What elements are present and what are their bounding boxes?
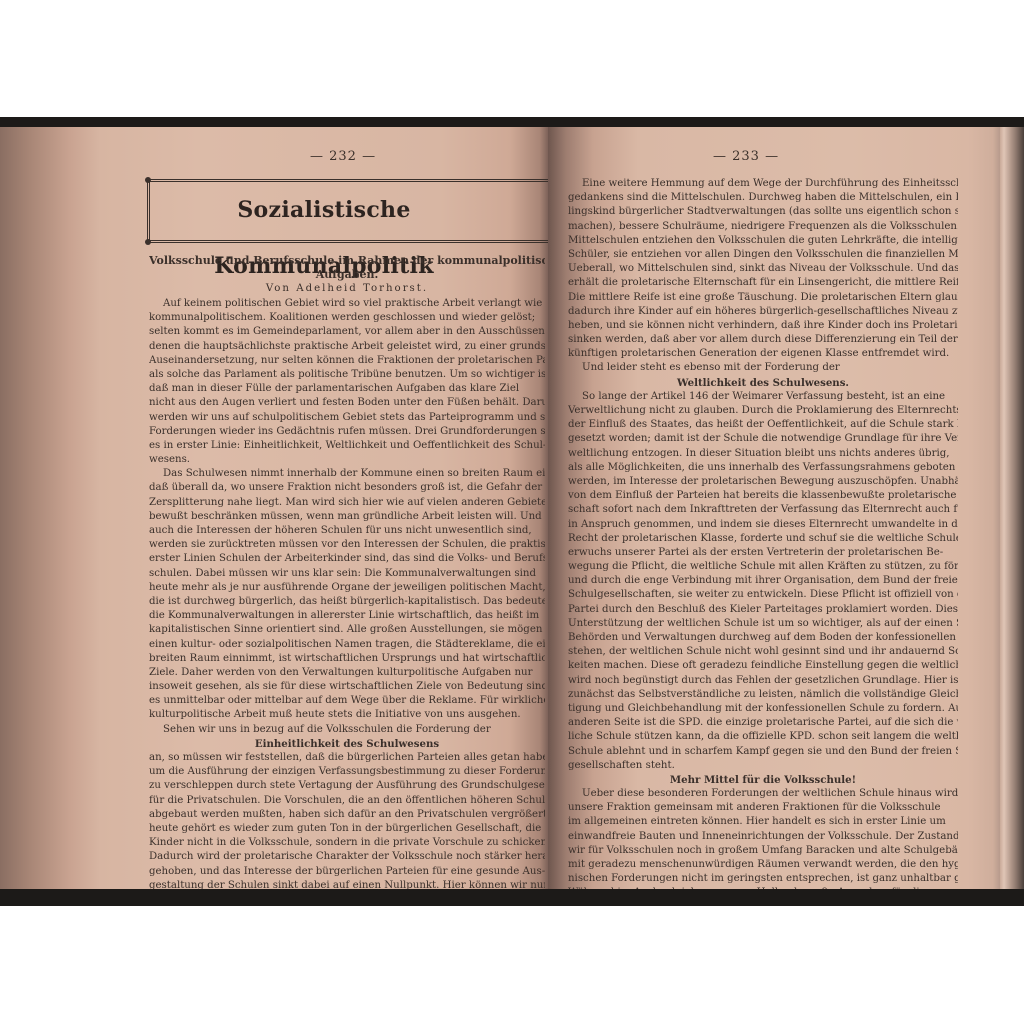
text-line: Verweltlichung nicht zu glauben. Durch d… xyxy=(568,404,958,418)
body-text: Eine weitere Hemmung auf dem Wege der Du… xyxy=(568,177,958,889)
text-line: mit geradezu menschenunwürdigen Räumen v… xyxy=(568,858,958,872)
text-line: es unmittelbar oder mittelbar auf dem We… xyxy=(149,694,545,708)
text-line: heute mehr als je nur ausführende Organe… xyxy=(149,581,545,595)
text-line: stehen, der weltlichen Schule nicht wohl… xyxy=(568,645,958,659)
text-line: wegung die Pflicht, die weltliche Schule… xyxy=(568,560,958,574)
article-title: Volksschule und Berufsschule im Rahmen d… xyxy=(149,254,545,297)
text-line: kulturpolitische Arbeit muß heute stets … xyxy=(149,708,545,722)
body-text: Auf keinem politischen Gebiet wird so vi… xyxy=(149,297,545,889)
text-line: kommunalpolitischem. Koalitionen werden … xyxy=(149,311,545,325)
text-line: So lange der Artikel 146 der Weimarer Ve… xyxy=(568,390,958,404)
text-line: gehoben, und das Interesse der bürgerlic… xyxy=(149,865,545,879)
text-line: auch die Interessen der höheren Schulen … xyxy=(149,524,545,538)
page-number-right: — 233 — xyxy=(713,149,779,164)
text-line: gestaltung der Schulen sinkt dabei auf e… xyxy=(149,879,545,889)
text-line: und durch die enge Verbindung mit ihrer … xyxy=(568,574,958,588)
text-line: um die Ausführung der einzigen Verfassun… xyxy=(149,765,545,779)
text-line: Kinder nicht in die Volksschule, sondern… xyxy=(149,836,545,850)
text-line: werden wir uns auf schulpolitischem Gebi… xyxy=(149,411,545,425)
text-line: selten kommt es im Gemeindeparlament, vo… xyxy=(149,325,545,339)
ornament-dot xyxy=(145,177,151,183)
author-byline: Von Adelheid Torhorst. xyxy=(149,282,545,296)
text-line: gesetzt worden; damit ist der Schule die… xyxy=(568,432,958,446)
article-title-line: Volksschule und Berufsschule im Rahmen d… xyxy=(149,254,545,268)
subheading: Einheitlichkeit des Schulwesens xyxy=(149,737,545,751)
text-line: es in erster Linie: Einheitlichkeit, Wel… xyxy=(149,439,545,453)
section-title-box: Sozialistische Kommunalpolitik xyxy=(147,179,548,243)
text-line: Unterstützung der weltlichen Schule ist … xyxy=(568,617,958,631)
text-line: insoweit gesehen, als sie für diese wirt… xyxy=(149,680,545,694)
text-line: nischen Forderungen nicht im geringsten … xyxy=(568,872,958,886)
text-line: gesellschaften steht. xyxy=(568,759,958,773)
text-line: nicht aus den Augen verliert und festen … xyxy=(149,396,545,410)
text-line: Schüler, sie entziehen vor allen Dingen … xyxy=(568,248,958,262)
text-line: als alle Möglichkeiten, die uns innerhal… xyxy=(568,461,958,475)
text-line: in Anspruch genommen, und indem sie dies… xyxy=(568,518,958,532)
text-line: Auf keinem politischen Gebiet wird so vi… xyxy=(149,297,545,311)
text-line: machen), bessere Schulräume, niedrigere … xyxy=(568,220,958,234)
text-line: schaft sofort nach dem Inkrafttreten der… xyxy=(568,503,958,517)
open-book: — 232 — Sozialistische Kommunalpolitik V… xyxy=(0,117,1024,906)
text-line: Behörden und Verwaltungen durchweg auf d… xyxy=(568,631,958,645)
text-line: tigung und Gleichbehandlung mit der konf… xyxy=(568,702,958,716)
text-line: zunächst das Selbstverständliche zu leis… xyxy=(568,688,958,702)
text-line: erwuchs unserer Partei als der ersten Ve… xyxy=(568,546,958,560)
text-line: breiten Raum einnimmt, ist wirtschaftlic… xyxy=(149,652,545,666)
left-page: — 232 — Sozialistische Kommunalpolitik V… xyxy=(0,127,548,889)
text-line: schulen. Dabei müssen wir uns klar sein:… xyxy=(149,567,545,581)
text-line: gedankens sind die Mittelschulen. Durchw… xyxy=(568,191,958,205)
text-line: für die Privatschulen. Die Vorschulen, d… xyxy=(149,794,545,808)
text-line: werden, im Interesse der proletarischen … xyxy=(568,475,958,489)
page-number-left: — 232 — xyxy=(310,149,376,164)
ornament-dot xyxy=(145,239,151,245)
text-line: werden sie zurücktreten müssen vor den I… xyxy=(149,538,545,552)
text-line: Ueber diese besonderen Forderungen der w… xyxy=(568,787,958,801)
text-line: bewußt beschränken müssen, wenn man grün… xyxy=(149,510,545,524)
text-line: Auseinandersetzung, nur selten können di… xyxy=(149,354,545,368)
text-line: Mittelschulen entziehen den Volksschulen… xyxy=(568,234,958,248)
text-line: daß überall da, wo unsere Fraktion nicht… xyxy=(149,481,545,495)
text-line: Forderungen wieder ins Gedächtnis rufen … xyxy=(149,425,545,439)
subheading: Mehr Mittel für die Volksschule! xyxy=(568,773,958,787)
text-line: einen kultur- oder sozialpolitischen Nam… xyxy=(149,638,545,652)
text-line: Sehen wir uns in bezug auf die Volksschu… xyxy=(149,723,545,737)
subheading: Weltlichkeit des Schulwesens. xyxy=(568,376,958,390)
page-edges xyxy=(1000,127,1024,889)
text-line: wesens. xyxy=(149,453,545,467)
text-line: wird noch begünstigt durch das Fehlen de… xyxy=(568,674,958,688)
article-title-line: Aufgaben. xyxy=(149,268,545,282)
text-line: anderen Seite ist die SPD. die einzige p… xyxy=(568,716,958,730)
text-line: lingskind bürgerlicher Stadtverwaltungen… xyxy=(568,205,958,219)
text-line: Das Schulwesen nimmt innerhalb der Kommu… xyxy=(149,467,545,481)
text-line: die ist durchweg bürgerlich, das heißt b… xyxy=(149,595,545,609)
text-line: Ziele. Daher werden von den Verwaltungen… xyxy=(149,666,545,680)
text-line: einwandfreie Bauten und Inneneinrichtung… xyxy=(568,830,958,844)
text-line: zu verschleppen durch stete Vertagung de… xyxy=(149,779,545,793)
text-line: weltlichung entzogen. In dieser Situatio… xyxy=(568,447,958,461)
text-line: die Kommunalverwaltungen in allererster … xyxy=(149,609,545,623)
text-line: heute gehört es wieder zum guten Ton in … xyxy=(149,822,545,836)
text-line: Zersplitterung nahe liegt. Man wird sich… xyxy=(149,496,545,510)
text-line: liche Schule stützen kann, da die offizi… xyxy=(568,730,958,744)
text-line: kapitalistischen Sinne orientiert sind. … xyxy=(149,623,545,637)
text-line: heben, und sie können nicht verhindern, … xyxy=(568,319,958,333)
text-line: erster Linien Schulen der Arbeiterkinder… xyxy=(149,552,545,566)
text-line: der Einfluß des Staates, das heißt der O… xyxy=(568,418,958,432)
text-line: im allgemeinen eintreten können. Hier ha… xyxy=(568,815,958,829)
text-line: Eine weitere Hemmung auf dem Wege der Du… xyxy=(568,177,958,191)
text-line: unsere Fraktion gemeinsam mit anderen Fr… xyxy=(568,801,958,815)
text-line: an, so müssen wir feststellen, daß die b… xyxy=(149,751,545,765)
text-line: Ueberall, wo Mittelschulen sind, sinkt d… xyxy=(568,262,958,276)
text-line: Schulgesellschaften, sie weiter zu entwi… xyxy=(568,588,958,602)
text-line: als solche das Parlament als politische … xyxy=(149,368,545,382)
text-line: daß man in dieser Fülle der parlamentari… xyxy=(149,382,545,396)
text-line: denen die hauptsächlichste praktische Ar… xyxy=(149,340,545,354)
text-line: Recht der proletarischen Klasse, fordert… xyxy=(568,532,958,546)
text-line: dadurch ihre Kinder auf ein höheres bürg… xyxy=(568,305,958,319)
text-line: keiten machen. Diese oft geradezu feindl… xyxy=(568,659,958,673)
text-line: erhält die proletarische Elternschaft fü… xyxy=(568,276,958,290)
text-line: sinken werden, daß aber vor allem durch … xyxy=(568,333,958,347)
text-line: Und leider steht es ebenso mit der Forde… xyxy=(568,361,958,375)
text-line: künftigen proletarischen Generation der … xyxy=(568,347,958,361)
text-line: wir für Volksschulen noch in großem Umfa… xyxy=(568,844,958,858)
text-line: Partei durch den Beschluß des Kieler Par… xyxy=(568,603,958,617)
text-line: Während im Ausland, ich nenne nur Hollan… xyxy=(568,886,958,889)
text-line: Die mittlere Reife ist eine große Täusch… xyxy=(568,291,958,305)
text-line: abgebaut werden mußten, haben sich dafür… xyxy=(149,808,545,822)
text-line: Schule ablehnt und in scharfem Kampf geg… xyxy=(568,745,958,759)
text-line: von dem Einfluß der Parteien hat bereits… xyxy=(568,489,958,503)
text-line: Dadurch wird der proletarische Charakter… xyxy=(149,850,545,864)
right-page: — 233 — Eine weitere Hemmung auf dem Weg… xyxy=(548,127,1000,889)
